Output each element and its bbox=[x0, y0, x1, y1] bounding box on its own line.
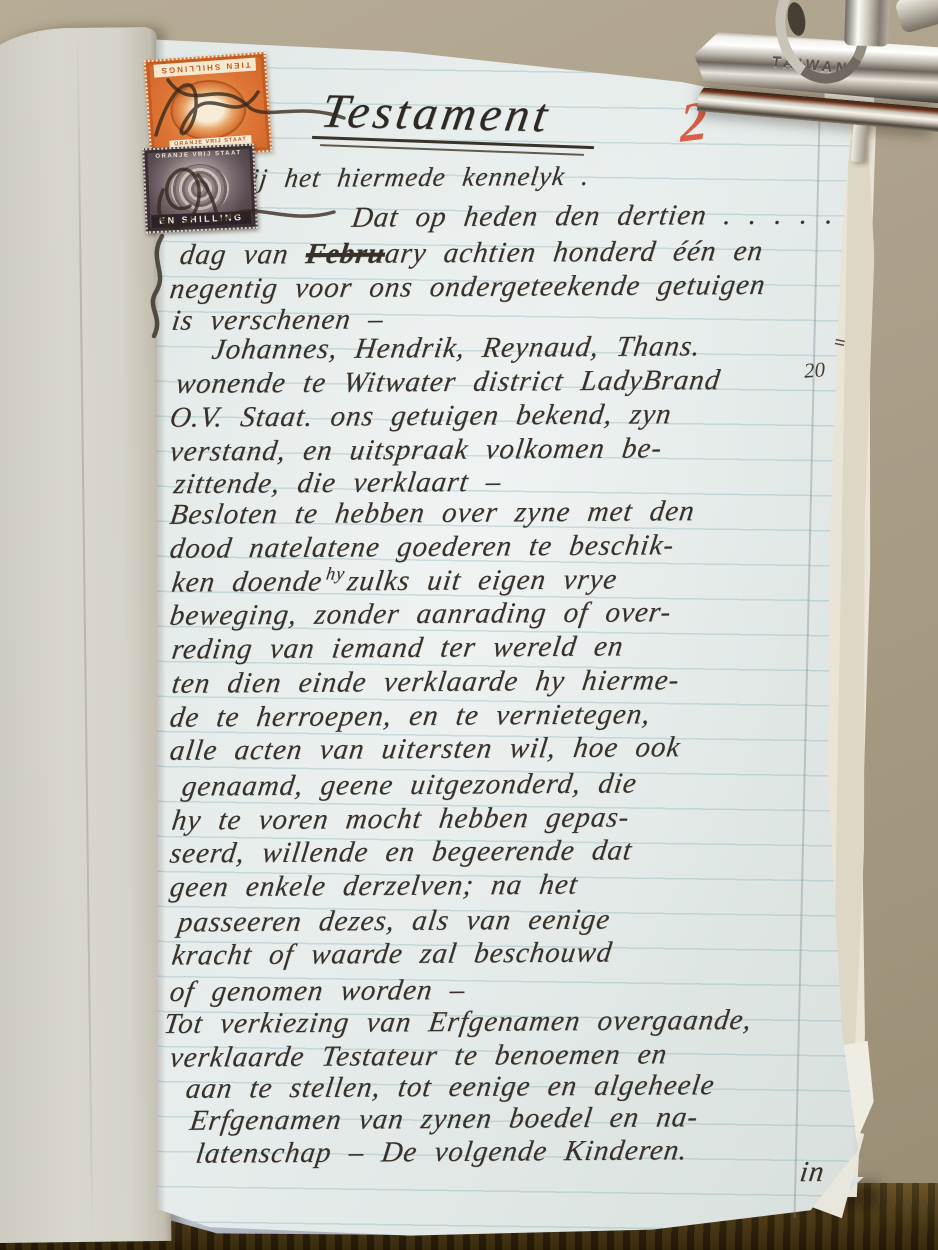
stamp-denomination-band: TIEN SHILLINGS bbox=[154, 58, 256, 78]
handwritten-line: Dat op heden den dertien . . . . . bbox=[350, 198, 837, 234]
handwritten-line: negentig voor ons ondergeteekende getuig… bbox=[168, 269, 768, 306]
photographed-manuscript-scene: Testament 2 Zij het hiermede kennelyk . … bbox=[0, 0, 938, 1250]
handwritten-line: beweging, zonder aanrading of over- bbox=[168, 596, 674, 632]
handwritten-line: passeeren dezes, als van eenige bbox=[176, 903, 613, 939]
catchword: in bbox=[798, 1156, 827, 1189]
handwritten-line: seerd, willende en begeerende dat bbox=[168, 834, 635, 870]
handwritten-line: Tot verkiezing van Erfgenamen overgaande… bbox=[162, 1004, 754, 1041]
handwritten-line: kracht of waarde zal beschouwd bbox=[170, 936, 615, 972]
handwritten-line: verstand, en uitspraak volkomen be- bbox=[168, 432, 665, 468]
page-crease bbox=[77, 28, 94, 1242]
handwritten-line: hy te voren mocht hebben gepas- bbox=[170, 801, 632, 837]
insert-post: zulks uit eigen vrye bbox=[345, 563, 619, 597]
handwritten-line: latenschap – De volgende Kinderen. bbox=[194, 1134, 690, 1170]
handwritten-line: Besloten te hebben over zyne met den bbox=[168, 495, 697, 531]
handwritten-line: O.V. Staat. ons getuigen bekend, zyn bbox=[168, 398, 674, 434]
margin-note-number: 20 bbox=[803, 357, 826, 383]
handwritten-line: Johannes, Hendrik, Reynaud, Thans. bbox=[210, 330, 703, 366]
document-title: Testament bbox=[318, 84, 556, 144]
handwritten-line-insertion: ken doendehyzulks uit eigen vrye bbox=[170, 563, 620, 599]
stamp-denomination-band: EN SHILLING bbox=[151, 211, 251, 228]
clip-handle-knob bbox=[894, 0, 938, 34]
handwritten-line: ten dien einde verklaarde hy hierme- bbox=[170, 664, 682, 700]
insert-pre: ken doende bbox=[170, 565, 325, 598]
handwritten-line: genaamd, geene uitgezonderd, die bbox=[180, 767, 639, 803]
stamp-arc-text: ORANJE VRIJ STAAT bbox=[144, 150, 252, 161]
struck-word: Febru bbox=[304, 238, 387, 271]
stamp-medallion bbox=[168, 77, 248, 142]
date-pre: dag van bbox=[178, 238, 308, 271]
stamp-crest bbox=[170, 162, 230, 214]
clip-handle-shaft bbox=[844, 0, 890, 47]
inserted-word: hy bbox=[325, 563, 347, 583]
handwritten-line: Erfgenamen van zynen boedel en na- bbox=[188, 1101, 701, 1137]
handwritten-line: geen enkele derzelven; na het bbox=[168, 869, 580, 904]
handwritten-line: of genomen worden – bbox=[168, 974, 468, 1009]
date-post: ary achtien honderd één en bbox=[383, 235, 765, 270]
handwritten-line: alle acten van uitersten wil, hoe ook bbox=[168, 731, 683, 767]
revenue-stamp-purple: ORANJE VRIJ STAAT EN SHILLING bbox=[142, 144, 258, 234]
handwritten-line: reding van iemand ter wereld en bbox=[170, 630, 626, 666]
handwritten-line: zittende, die verklaart – bbox=[172, 466, 504, 501]
handwritten-line: Zij het hiermede kennelyk . bbox=[233, 161, 592, 194]
handwritten-line: aan te stellen, tot eenige en algeheele bbox=[184, 1069, 717, 1105]
handwritten-line: de te herroepen, en te vernietegen, bbox=[168, 698, 653, 734]
handwritten-line: wonende te Witwater district LadyBrand bbox=[174, 364, 723, 400]
handwritten-line: verklaarde Testateur te benoemen en bbox=[168, 1038, 670, 1074]
handwritten-line: dood natelatene goederen te beschik- bbox=[168, 529, 676, 565]
handwritten-line-date: dag van February achtien honderd één en bbox=[178, 235, 766, 272]
